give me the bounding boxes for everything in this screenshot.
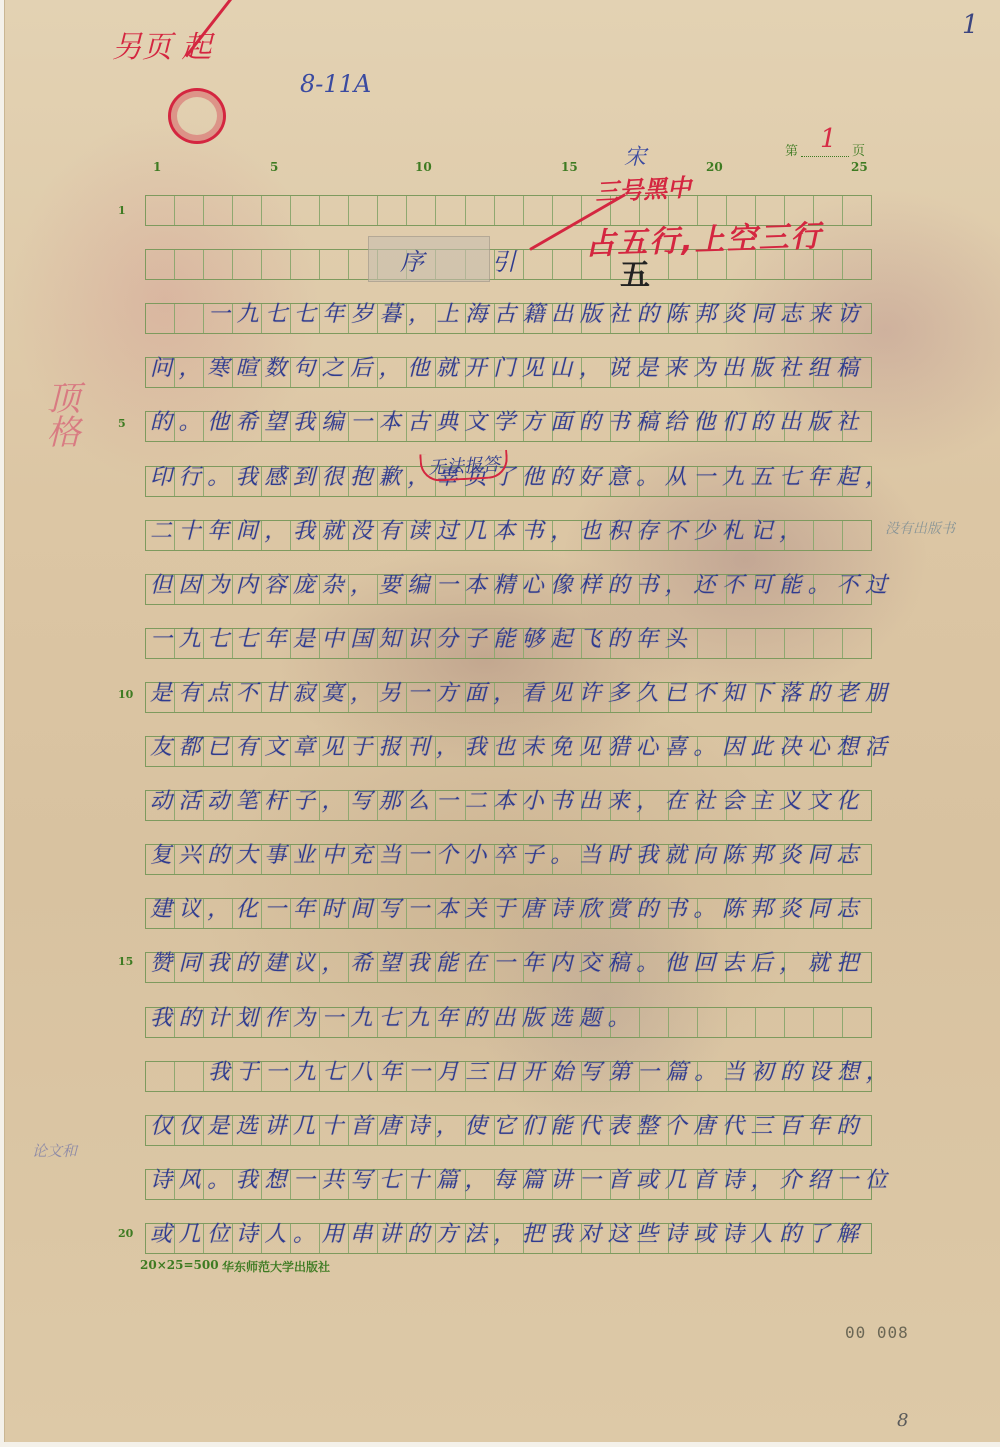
grid-cell xyxy=(146,250,175,279)
inline-correction-inserted: 无法报答 xyxy=(428,454,501,479)
footer-publisher: 华东师范大学出版社 xyxy=(222,1258,330,1275)
red-scribble-circle-icon xyxy=(168,88,226,144)
manuscript-line: 一九七七年岁暮，上海古籍出版社的陈邦炎同志来访 xyxy=(208,297,938,328)
grid-cell xyxy=(175,304,204,333)
manuscript-line: 我的计划作为一九七九年的出版选题。 xyxy=(150,1001,880,1032)
grid-cell xyxy=(524,196,553,225)
grid-cell xyxy=(291,196,320,225)
manuscript-line: 一九七七年是中国知识分子能够起飞的年头 xyxy=(150,622,880,653)
right-blue-margin-note: 没有出版书 xyxy=(885,518,955,538)
grid-cell xyxy=(175,250,204,279)
manuscript-line: 二十年间，我就没有读过几本书，也积存不少札记， xyxy=(150,514,880,545)
column-number: 5 xyxy=(270,160,278,174)
manuscript-line: 的。他希望我编一本古典文学方面的书稿给他们的出版社 xyxy=(150,405,880,436)
column-number: 15 xyxy=(561,160,578,174)
red-note-text: 另页 起 xyxy=(112,30,212,65)
red-note-top-left: 另页 起 xyxy=(112,22,292,66)
bottom-page-mark: 8 xyxy=(897,1410,908,1431)
grid-cell xyxy=(291,250,320,279)
row-number: 10 xyxy=(118,688,133,701)
manuscript-line: 印行。我感到很抱歉，辜负了他的好意。从一九五七年起， xyxy=(150,460,880,491)
grid-cell xyxy=(204,196,233,225)
grid-cell xyxy=(146,304,175,333)
manuscript-line: 友都已有文章见于报刊，我也未免见猎心喜。因此决心想活 xyxy=(150,730,880,761)
grid-cell xyxy=(378,196,407,225)
manuscript-line: 诗风。我想一共写七十篇，每篇讲一首或几首诗，介绍一位 xyxy=(150,1163,880,1194)
grid-cell xyxy=(146,196,175,225)
row-number: 1 xyxy=(118,204,126,217)
row-number: 20 xyxy=(118,1227,133,1240)
left-red-margin-note: 顶格 xyxy=(36,380,85,448)
manuscript-line: 我于一九七八年一月三日开始写第一篇。当初的设想， xyxy=(208,1055,938,1086)
grid-cell xyxy=(320,196,349,225)
page-label-suffix: 页 xyxy=(852,144,865,159)
archive-number: 00 008 xyxy=(845,1323,909,1342)
column-number: 20 xyxy=(706,160,723,174)
left-blue-margin-note: 论文和 xyxy=(32,1140,77,1161)
grid-cell xyxy=(843,196,871,225)
manuscript-line: 赞同我的建议，希望我能在一年内交稿。他回去后，就把 xyxy=(150,946,880,977)
grid-cell xyxy=(175,196,204,225)
manuscript-line: 或几位诗人。用串讲的方法，把我对这些诗或诗人的了解 xyxy=(150,1217,880,1248)
grid-cell xyxy=(204,250,233,279)
manuscript-line: 是有点不甘寂寞，另一方面，看见许多久已不知下落的老朋 xyxy=(150,676,880,707)
grid-cell xyxy=(553,250,582,279)
row-number: 5 xyxy=(118,417,126,430)
grid-cell xyxy=(320,250,349,279)
grid-cell xyxy=(407,196,436,225)
document-title: 序 引 xyxy=(400,242,546,277)
grid-cell xyxy=(233,196,262,225)
page-label-prefix: 第 xyxy=(785,144,798,159)
editor-black-note: 五 xyxy=(620,250,650,294)
grid-cell xyxy=(262,250,291,279)
grid-cell xyxy=(495,196,524,225)
column-number: 1 xyxy=(153,160,161,174)
column-number: 25 xyxy=(851,160,868,174)
manuscript-line: 复兴的大事业中充当一个小卒子。当时我就向陈邦炎同志 xyxy=(150,838,880,869)
manuscript-line: 仅仅是选讲几十首唐诗，使它们能代表整个唐代三百年的 xyxy=(150,1109,880,1140)
column-number: 10 xyxy=(415,160,432,174)
manuscript-line: 但因为内容庞杂，要编一本精心像样的书，还不可能。不过 xyxy=(150,568,880,599)
grid-cell xyxy=(349,196,378,225)
page-number: 1 xyxy=(820,124,837,154)
grid-cell xyxy=(843,250,871,279)
grid-cell xyxy=(175,1062,204,1091)
editor-blue-note: 宋 xyxy=(624,140,646,171)
manuscript-line: 问，寒暄数句之后，他就开门见山，说是来为出版社组稿 xyxy=(150,351,880,382)
footer-formula: 20×25=500 xyxy=(140,1258,219,1272)
catalog-mark: 8-11A xyxy=(300,70,371,98)
manuscript-line: 建议，化一年时间写一本关于唐诗欣赏的书。陈邦炎同志 xyxy=(150,892,880,923)
manuscript-line: 动活动笔杆子，写那么一二本小书出来，在社会主义文化 xyxy=(150,784,880,815)
grid-cell xyxy=(436,196,465,225)
grid-cell xyxy=(262,196,291,225)
corner-mark: 1 xyxy=(962,10,979,40)
grid-cell xyxy=(233,250,262,279)
grid-cell xyxy=(466,196,495,225)
row-number: 15 xyxy=(118,955,133,968)
grid-cell xyxy=(146,1062,175,1091)
